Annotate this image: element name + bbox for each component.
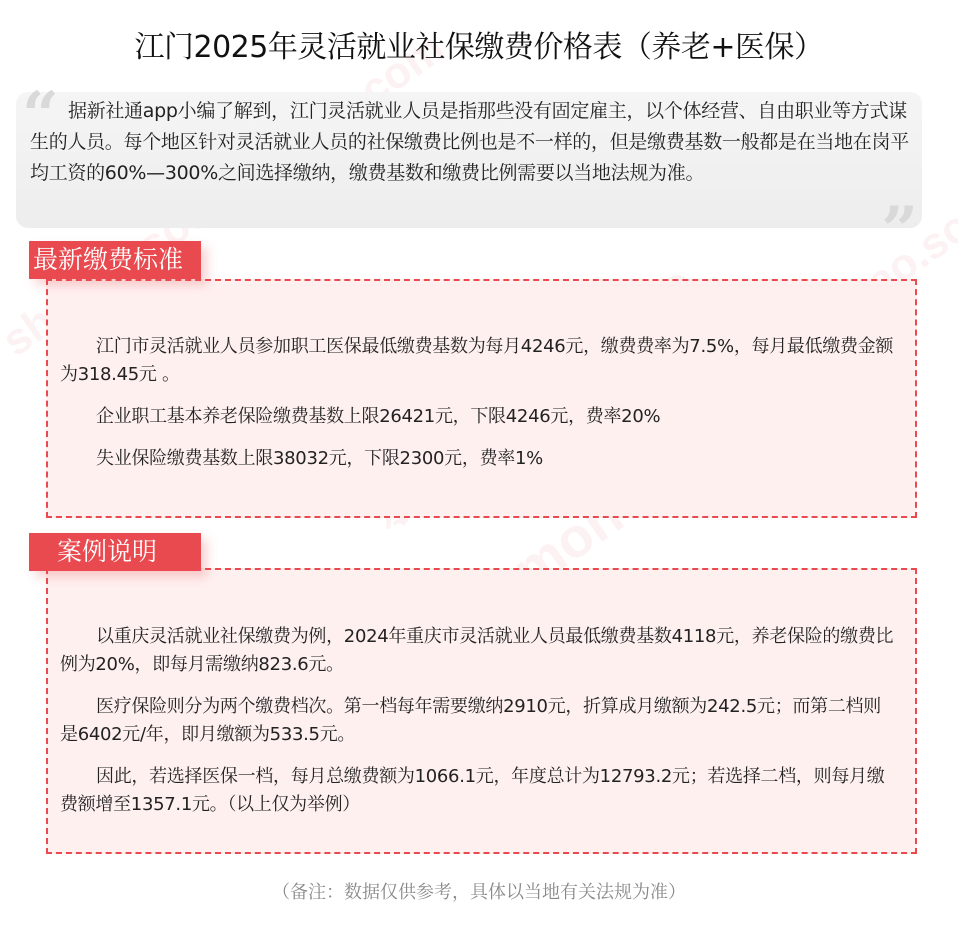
section-label-text: 案例说明 — [29, 537, 157, 566]
case-paragraph: 医疗保险则分为两个缴费档次。第一档每年需要缴纳2910元，折算成月缴额为242.… — [48, 693, 915, 749]
case-box: 以重庆灵活就业社保缴费为例，2024年重庆市灵活就业人员最低缴费基数4118元，… — [46, 568, 917, 854]
case-paragraph: 因此，若选择医保一档，每月总缴费额为1066.1元，年度总计为12793.2元；… — [48, 763, 915, 819]
intro-text: 据新社通app小编了解到，江门灵活就业人员是指那些没有固定雇主，以个体经营、自由… — [16, 92, 922, 189]
footnote: （备注：数据仅供参考，具体以当地有关法规为准） — [0, 878, 958, 904]
standard-paragraph: 江门市灵活就业人员参加职工医保最低缴费基数为每月4246元，缴费费率为7.5%，… — [48, 333, 915, 389]
standard-paragraph: 失业保险缴费基数上限38032元，下限2300元，费率1% — [48, 445, 915, 473]
standard-paragraph: 企业职工基本养老保险缴费基数上限26421元，下限4246元，费率20% — [48, 403, 915, 431]
section-label-case: 案例说明 — [29, 533, 201, 571]
quote-close-icon: ” — [881, 193, 918, 268]
case-paragraph: 以重庆灵活就业社保缴费为例，2024年重庆市灵活就业人员最低缴费基数4118元，… — [48, 623, 915, 679]
section-label-standard: 最新缴费标准 — [29, 241, 201, 279]
section-label-text: 最新缴费标准 — [29, 245, 183, 274]
standard-box: 江门市灵活就业人员参加职工医保最低缴费基数为每月4246元，缴费费率为7.5%，… — [46, 279, 917, 518]
page-title: 江门2025年灵活就业社保缴费价格表（养老+医保） — [0, 22, 958, 66]
intro-box: “ 据新社通app小编了解到，江门灵活就业人员是指那些没有固定雇主，以个体经营、… — [16, 92, 922, 228]
